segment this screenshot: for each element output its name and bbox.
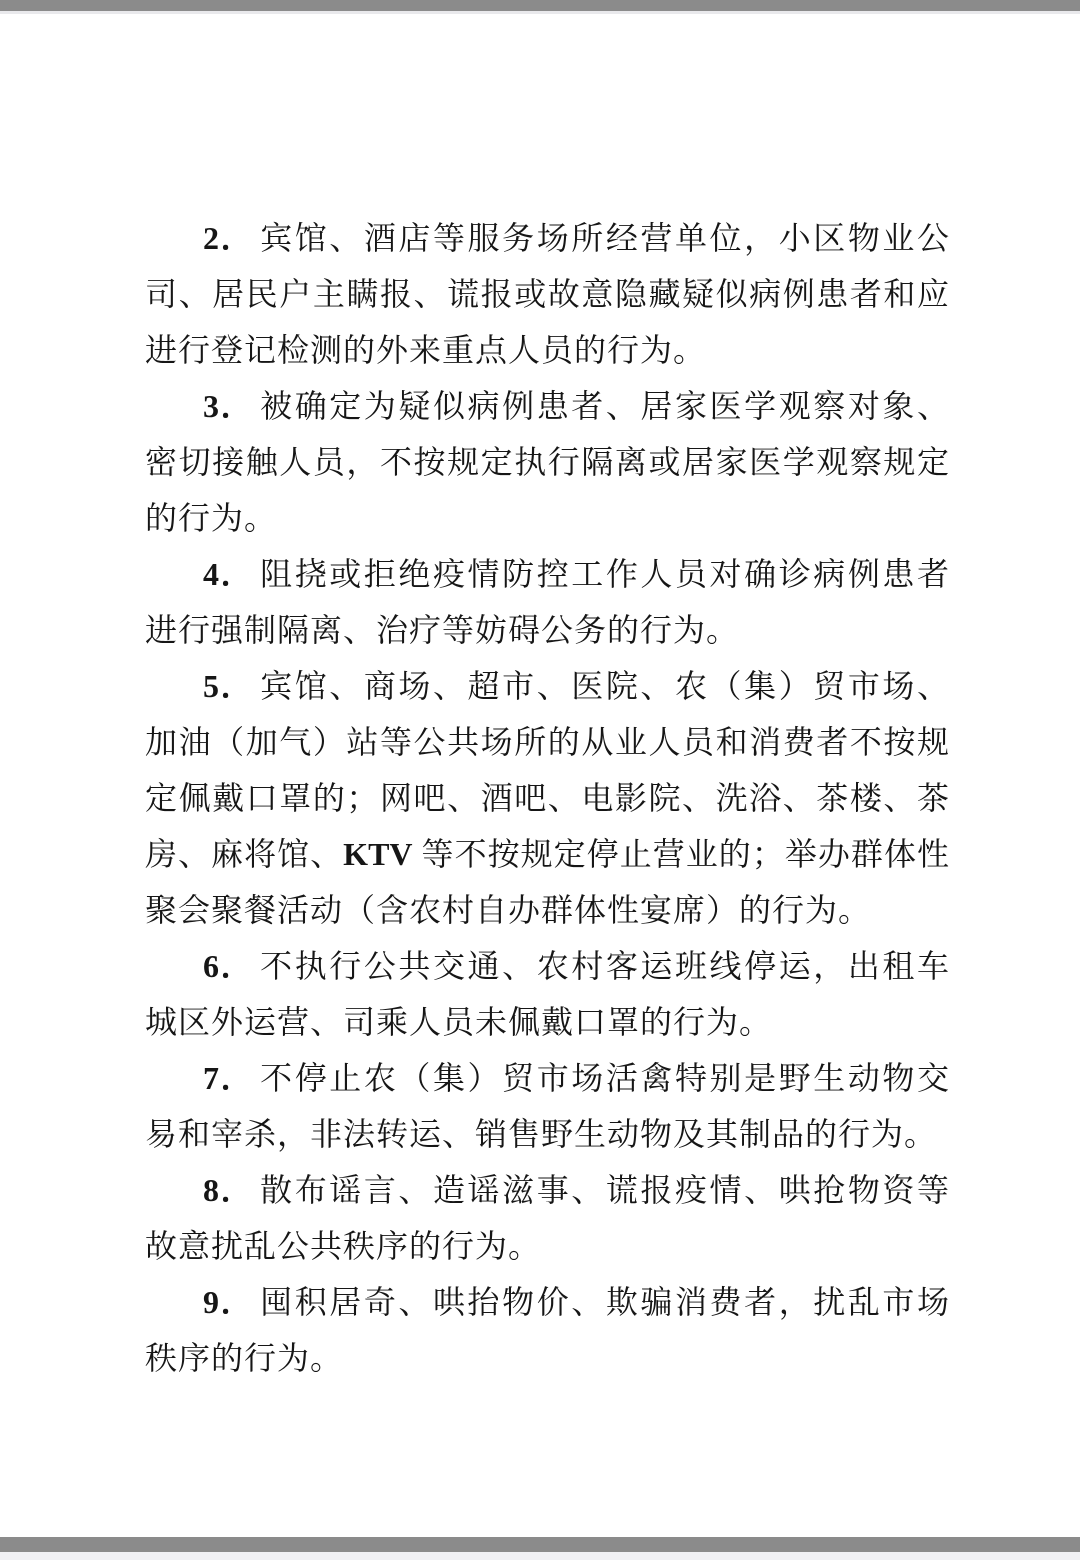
document-body: 2．宾馆、酒店等服务场所经营单位，小区物业公司、居民户主瞒报、谎报或故意隐藏疑似… [0,14,1080,1386]
paragraph-number: 2． [203,220,260,256]
paragraph-text: 宾馆、酒店等服务场所经营单位，小区物业公司、居民户主瞒报、谎报或故意隐藏疑似病例… [145,220,950,368]
paragraph-text: 囤积居奇、哄抬物价、欺骗消费者，扰乱市场秩序的行为。 [145,1284,950,1376]
document-viewer: 2．宾馆、酒店等服务场所经营单位，小区物业公司、居民户主瞒报、谎报或故意隐藏疑似… [0,0,1080,1560]
paragraph-number: 5． [203,668,260,704]
numbered-paragraph: 6．不执行公共交通、农村客运班线停运，出租车城区外运营、司乘人员未佩戴口罩的行为… [145,938,950,1050]
paragraph-text: 阻挠或拒绝疫情防控工作人员对确诊病例患者进行强制隔离、治疗等妨碍公务的行为。 [145,556,950,648]
paragraph-number: 7． [203,1060,260,1096]
document-page[interactable]: 2．宾馆、酒店等服务场所经营单位，小区物业公司、居民户主瞒报、谎报或故意隐藏疑似… [0,14,1080,1537]
paragraph-number: 9． [203,1284,260,1320]
paragraph-number: 3． [203,388,260,424]
paragraph-number: 8． [203,1172,260,1208]
numbered-paragraph: 5．宾馆、商场、超市、医院、农（集）贸市场、加油（加气）站等公共场所的从业人员和… [145,658,950,938]
viewer-gap-top [0,0,1080,11]
numbered-paragraph: 7．不停止农（集）贸市场活禽特别是野生动物交易和宰杀，非法转运、销售野生动物及其… [145,1050,950,1162]
viewer-gap-bottom [0,1537,1080,1552]
paragraph-text: 不执行公共交通、农村客运班线停运，出租车城区外运营、司乘人员未佩戴口罩的行为。 [145,948,950,1040]
paragraph-text: 散布谣言、造谣滋事、谎报疫情、哄抢物资等故意扰乱公共秩序的行为。 [145,1172,950,1264]
numbered-paragraph: 8．散布谣言、造谣滋事、谎报疫情、哄抢物资等故意扰乱公共秩序的行为。 [145,1162,950,1274]
numbered-paragraph: 2．宾馆、酒店等服务场所经营单位，小区物业公司、居民户主瞒报、谎报或故意隐藏疑似… [145,210,950,378]
paragraph-number: 4． [203,556,260,592]
page-bottom-edge [0,1552,1080,1560]
latin-text: KTV [343,836,412,872]
paragraph-number: 6． [203,948,260,984]
numbered-paragraph: 4．阻挠或拒绝疫情防控工作人员对确诊病例患者进行强制隔离、治疗等妨碍公务的行为。 [145,546,950,658]
numbered-paragraph: 9．囤积居奇、哄抬物价、欺骗消费者，扰乱市场秩序的行为。 [145,1274,950,1386]
numbered-paragraph: 3．被确定为疑似病例患者、居家医学观察对象、密切接触人员，不按规定执行隔离或居家… [145,378,950,546]
paragraph-text: 不停止农（集）贸市场活禽特别是野生动物交易和宰杀，非法转运、销售野生动物及其制品… [145,1060,950,1152]
paragraph-text: 被确定为疑似病例患者、居家医学观察对象、密切接触人员，不按规定执行隔离或居家医学… [145,388,950,536]
paragraph-text: 宾馆、商场、超市、医院、农（集）贸市场、加油（加气）站等公共场所的从业人员和消费… [145,668,950,928]
